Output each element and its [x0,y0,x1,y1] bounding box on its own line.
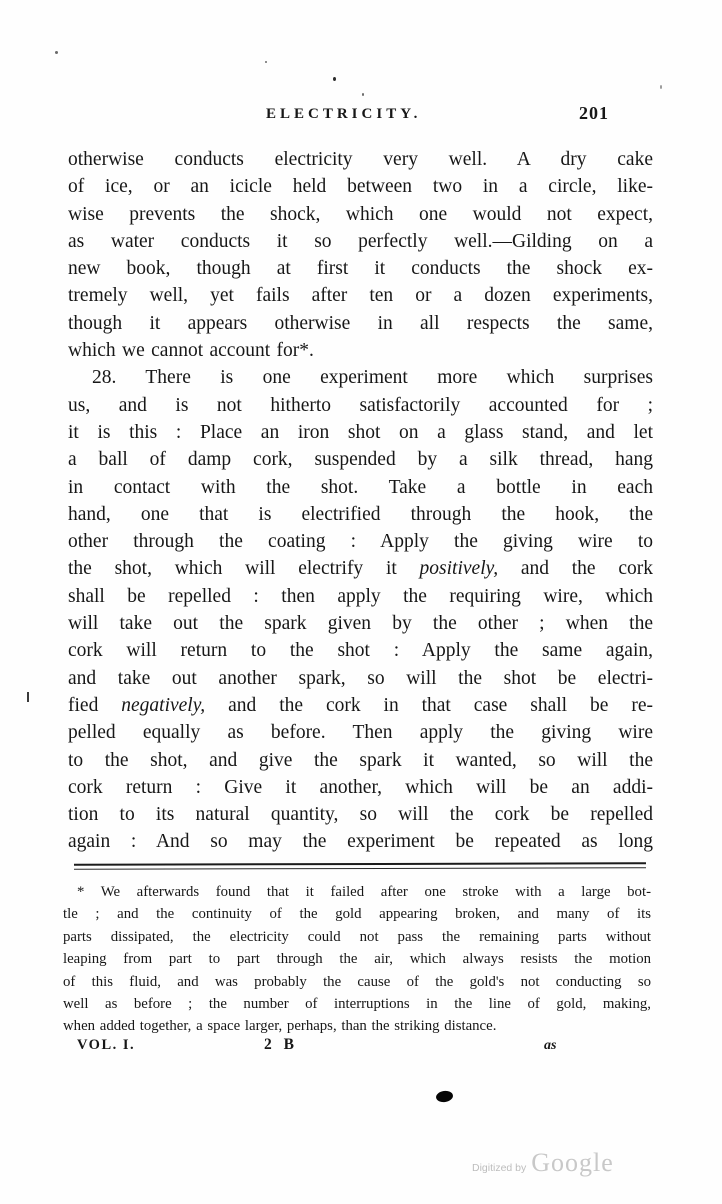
text-segment: 28. There is one experiment more which s… [92,367,653,388]
text-segment: the shot, which will electrify it [68,558,420,579]
book-page: ELECTRICITY. 201 otherwise conducts elec… [0,0,722,1204]
text-line: as water conducts it so perfectly well.—… [68,228,653,255]
text-segment: which we cannot account for*. [68,340,314,361]
text-line: hand, one that is electrified through th… [68,501,653,528]
italic-text: positively, [420,558,499,579]
text-segment: again : And so may the experiment be rep… [68,831,653,852]
text-line: fied negatively, and the cork in that ca… [68,692,653,719]
text-segment: otherwise conducts electricity very well… [68,149,653,170]
text-segment: cork will return to the shot : Apply the… [68,640,653,661]
text-line: tle ; and the continuity of the gold app… [63,903,651,925]
text-segment: tle ; and the continuity of the gold app… [63,906,651,922]
scan-speck [362,93,364,96]
text-line: the shot, which will electrify it positi… [68,555,653,582]
text-line: though it appears otherwise in all respe… [68,310,653,337]
italic-text: negatively, [121,695,205,716]
text-line: 28. There is one experiment more which s… [68,364,653,391]
watermark: Digitized by Google [472,1148,614,1178]
text-line: well as before ; the number of interrupt… [63,993,651,1015]
text-segment: to the shot, and give the spark it wante… [68,750,653,771]
main-text: otherwise conducts electricity very well… [68,146,653,856]
text-line: which we cannot account for*. [68,337,653,364]
text-segment: of this fluid, and was probably the caus… [63,974,651,990]
page-number: 201 [579,103,609,124]
scan-speck [265,61,267,63]
text-line: other through the coating : Apply the gi… [68,528,653,555]
text-segment: parts dissipated, the electricity could … [63,929,651,945]
text-segment: leaping from part to part through the ai… [63,951,651,967]
scan-speck [27,692,29,702]
text-line: a ball of damp cork, suspended by a silk… [68,446,653,473]
text-segment: though it appears otherwise in all respe… [68,313,653,334]
text-line: * We afterwards found that it failed aft… [63,881,651,903]
ink-blot [435,1090,453,1103]
google-logo: Google [531,1148,614,1178]
text-segment: tremely well, yet fails after ten or a d… [68,285,653,306]
scan-speck [55,51,58,54]
text-line: us, and is not hitherto satisfactorily a… [68,392,653,419]
text-segment: of ice, or an icicle held between two in… [68,176,653,197]
text-line: parts dissipated, the electricity could … [63,926,651,948]
text-line: cork return : Give it another, which wil… [68,774,653,801]
text-segment: * We afterwards found that it failed aft… [77,884,651,900]
text-segment: as water conducts it so perfectly well.—… [68,231,653,252]
scan-speck [333,77,336,81]
text-segment: other through the coating : Apply the gi… [68,531,653,552]
text-segment: a ball of damp cork, suspended by a silk… [68,449,653,470]
text-segment: in contact with the shot. Take a bottle … [68,477,653,498]
text-segment: new book, though at first it conducts th… [68,258,653,279]
text-line: wise prevents the shock, which one would… [68,201,653,228]
catchword: as [544,1038,556,1054]
text-line: to the shot, and give the spark it wante… [68,747,653,774]
text-line: again : And so may the experiment be rep… [68,828,653,855]
text-segment: and the cork [498,558,653,579]
footnote: * We afterwards found that it failed aft… [63,881,651,1038]
text-line: will take out the spark given by the oth… [68,610,653,637]
text-segment: when added together, a space larger, per… [63,1018,496,1034]
text-segment: cork return : Give it another, which wil… [68,777,653,798]
watermark-text: Digitized by [472,1162,526,1174]
scan-speck [660,85,662,89]
footnote-rule [74,862,646,869]
text-line: in contact with the shot. Take a bottle … [68,474,653,501]
text-segment: pelled equally as before. Then apply the… [68,722,653,743]
text-segment: well as before ; the number of interrupt… [63,996,651,1012]
text-segment: us, and is not hitherto satisfactorily a… [68,395,653,416]
signature-mark: 2 B [264,1036,298,1054]
text-segment: wise prevents the shock, which one would… [68,204,653,225]
text-segment: tion to its natural quantity, so will th… [68,804,653,825]
running-head: ELECTRICITY. [266,106,421,123]
text-line: of this fluid, and was probably the caus… [63,971,651,993]
text-segment: and the cork in that case shall be re- [205,695,653,716]
text-line: pelled equally as before. Then apply the… [68,719,653,746]
text-line: otherwise conducts electricity very well… [68,146,653,173]
text-line: shall be repelled : then apply the requi… [68,583,653,610]
text-line: it is this : Place an iron shot on a gla… [68,419,653,446]
text-line: of ice, or an icicle held between two in… [68,173,653,200]
text-segment: fied [68,695,121,716]
text-segment: shall be repelled : then apply the requi… [68,586,653,607]
text-segment: will take out the spark given by the oth… [68,613,653,634]
text-segment: hand, one that is electrified through th… [68,504,653,525]
text-segment: and take out another spark, so will the … [68,668,653,689]
text-line: tremely well, yet fails after ten or a d… [68,282,653,309]
text-line: cork will return to the shot : Apply the… [68,637,653,664]
text-line: and take out another spark, so will the … [68,665,653,692]
text-line: new book, though at first it conducts th… [68,255,653,282]
text-segment: it is this : Place an iron shot on a gla… [68,422,653,443]
volume-label: VOL. I. [77,1037,135,1054]
text-line: tion to its natural quantity, so will th… [68,801,653,828]
text-line: when added together, a space larger, per… [63,1015,651,1037]
text-line: leaping from part to part through the ai… [63,948,651,970]
